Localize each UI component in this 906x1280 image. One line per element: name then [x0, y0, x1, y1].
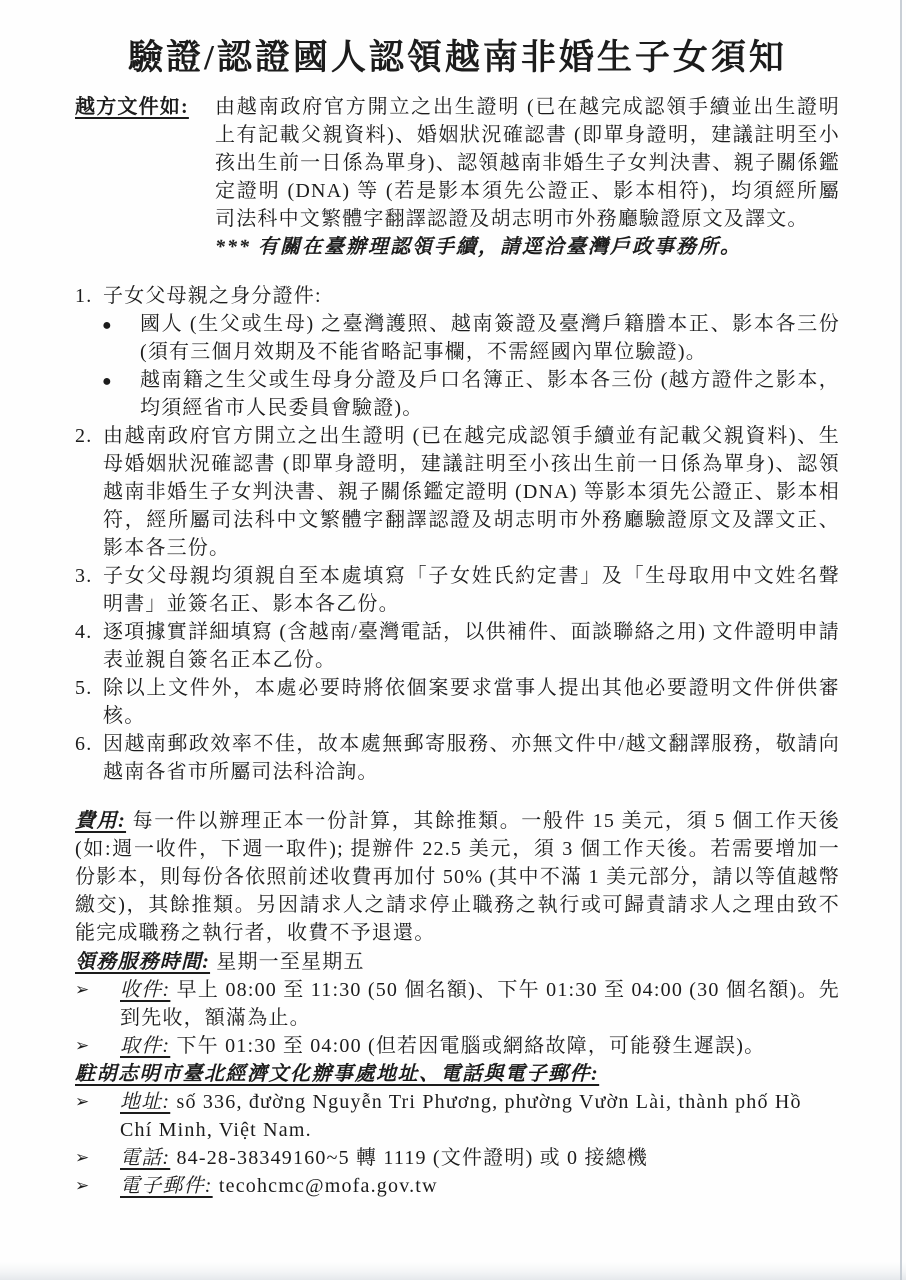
item-number: 6. [75, 730, 103, 786]
sub-bullet-text: 國人 (生父或生母) 之臺灣護照、越南簽證及臺灣戶籍謄本正、影本各三份 (須有三… [140, 310, 840, 366]
contact-bullet-body: 電子郵件: tecohcmc@mofa.gov.tw [120, 1172, 840, 1200]
intro-body: 由越南政府官方開立之出生證明 (已在越完成認領手續並出生證明上有記載父親資料)、… [215, 93, 840, 261]
item-text: 子女父母親均須親自至本處填寫「子女姓氏約定書」及「生母取用中文姓名聲明書」並簽名… [103, 562, 840, 618]
service-hours-heading: 領務服務時間: 星期一至星期五 [75, 948, 840, 976]
arrow-bullet-icon: ➢ [75, 976, 120, 1032]
hours-bullet-pickup: ➢ 取件: 下午 01:30 至 04:00 (但若因電腦或網絡故障，可能發生遲… [75, 1032, 840, 1060]
receive-text: 早上 08:00 至 11:30 (50 個名額)、下午 01:30 至 04:… [120, 979, 840, 1029]
address-text: số 336, đường Nguyễn Tri Phương, phường … [120, 1091, 802, 1141]
contact-bullet-email: ➢ 電子郵件: tecohcmc@mofa.gov.tw [75, 1172, 840, 1200]
contact-heading: 駐胡志明市臺北經濟文化辦事處地址、電話與電子郵件: [75, 1063, 599, 1085]
list-item: 6. 因越南郵政效率不佳，故本處無郵寄服務、亦無文件中/越文翻譯服務，敬請向越南… [75, 730, 840, 786]
item-number: 1. [75, 282, 103, 310]
item-number: 2. [75, 422, 103, 562]
hours-bullet-receive: ➢ 收件: 早上 08:00 至 11:30 (50 個名額)、下午 01:30… [75, 976, 840, 1032]
phone-text: 84-28-38349160~5 轉 1119 (文件證明) 或 0 接總機 [176, 1147, 648, 1169]
scan-edge-line [900, 0, 902, 1280]
fee-text: 每一件以辦理正本一份計算，其餘推類。一般件 15 美元，須 5 個工作天後 (如… [75, 810, 840, 944]
email-label: 電子郵件: [120, 1175, 213, 1197]
email-text: tecohcmc@mofa.gov.tw [219, 1175, 438, 1197]
page-title: 驗證/認證國人認領越南非婚生子女須知 [75, 36, 840, 80]
list-sub-bullet: ● 國人 (生父或生母) 之臺灣護照、越南簽證及臺灣戶籍謄本正、影本各三份 (須… [102, 310, 840, 366]
scanned-document-page: 驗證/認證國人認領越南非婚生子女須知 越方文件如: 由越南政府官方開立之出生證明… [0, 0, 906, 1280]
item-text: 由越南政府官方開立之出生證明 (已在越完成認領手續並有記載父親資料)、生母婚姻狀… [103, 422, 840, 562]
intro-label: 越方文件如: [75, 93, 215, 261]
fee-label: 費用: [75, 810, 126, 832]
pickup-text: 下午 01:30 至 04:00 (但若因電腦或網絡故障，可能發生遲誤)。 [176, 1035, 765, 1057]
address-label: 地址: [120, 1091, 170, 1113]
service-hours-label: 領務服務時間: [75, 951, 210, 973]
item-text: 除以上文件外，本處必要時將依個案要求當事人提出其他必要證明文件併供審核。 [103, 674, 840, 730]
arrow-bullet-icon: ➢ [75, 1172, 120, 1200]
contact-bullet-body: 地址: số 336, đường Nguyễn Tri Phương, phư… [120, 1088, 840, 1144]
phone-label: 電話: [120, 1147, 170, 1169]
item-number: 4. [75, 618, 103, 674]
contact-heading-row: 駐胡志明市臺北經濟文化辦事處地址、電話與電子郵件: [75, 1060, 840, 1088]
disc-bullet-icon: ● [102, 310, 140, 366]
sub-bullet-text: 越南籍之生父或生母身分證及戶口名簿正、影本各三份 (越方證件之影本，均須經省市人… [140, 366, 840, 422]
receive-label: 收件: [120, 979, 170, 1001]
disc-bullet-icon: ● [102, 366, 140, 422]
intro-note: *** 有關在臺辦理認領手續，請逕洽臺灣戶政事務所。 [215, 233, 840, 261]
list-item: 4. 逐項據實詳細填寫 (含越南/臺灣電話，以供補件、面談聯絡之用) 文件證明申… [75, 618, 840, 674]
intro-paragraph: 越方文件如: 由越南政府官方開立之出生證明 (已在越完成認領手續並出生證明上有記… [75, 93, 840, 261]
pickup-label: 取件: [120, 1035, 170, 1057]
list-item: 1. 子女父母親之身分證件: [75, 282, 840, 310]
item-text: 子女父母親之身分證件: [103, 282, 840, 310]
arrow-bullet-icon: ➢ [75, 1144, 120, 1172]
list-sub-bullet: ● 越南籍之生父或生母身分證及戶口名簿正、影本各三份 (越方證件之影本，均須經省… [102, 366, 840, 422]
arrow-bullet-icon: ➢ [75, 1088, 120, 1144]
scan-bottom-shadow [0, 1262, 906, 1280]
arrow-bullet-icon: ➢ [75, 1032, 120, 1060]
list-item: 5. 除以上文件外，本處必要時將依個案要求當事人提出其他必要證明文件併供審核。 [75, 674, 840, 730]
item-text: 逐項據實詳細填寫 (含越南/臺灣電話，以供補件、面談聯絡之用) 文件證明申請表並… [103, 618, 840, 674]
contact-bullet-phone: ➢ 電話: 84-28-38349160~5 轉 1119 (文件證明) 或 0… [75, 1144, 840, 1172]
item-number: 5. [75, 674, 103, 730]
intro-text: 由越南政府官方開立之出生證明 (已在越完成認領手續並出生證明上有記載父親資料)、… [215, 93, 840, 233]
contact-bullet-address: ➢ 地址: số 336, đường Nguyễn Tri Phương, p… [75, 1088, 840, 1144]
list-item: 3. 子女父母親均須親自至本處填寫「子女姓氏約定書」及「生母取用中文姓名聲明書」… [75, 562, 840, 618]
document-content: 驗證/認證國人認領越南非婚生子女須知 越方文件如: 由越南政府官方開立之出生證明… [0, 0, 906, 1200]
list-item: 2. 由越南政府官方開立之出生證明 (已在越完成認領手續並有記載父親資料)、生母… [75, 422, 840, 562]
numbered-list: 1. 子女父母親之身分證件: ● 國人 (生父或生母) 之臺灣護照、越南簽證及臺… [75, 282, 840, 786]
item-text: 因越南郵政效率不佳，故本處無郵寄服務、亦無文件中/越文翻譯服務，敬請向越南各省市… [103, 730, 840, 786]
contact-bullet-body: 電話: 84-28-38349160~5 轉 1119 (文件證明) 或 0 接… [120, 1144, 840, 1172]
fee-paragraph: 費用: 每一件以辦理正本一份計算，其餘推類。一般件 15 美元，須 5 個工作天… [75, 807, 840, 947]
hours-bullet-body: 取件: 下午 01:30 至 04:00 (但若因電腦或網絡故障，可能發生遲誤)… [120, 1032, 840, 1060]
hours-bullet-body: 收件: 早上 08:00 至 11:30 (50 個名額)、下午 01:30 至… [120, 976, 840, 1032]
service-hours-value: 星期一至星期五 [216, 951, 364, 973]
item-number: 3. [75, 562, 103, 618]
